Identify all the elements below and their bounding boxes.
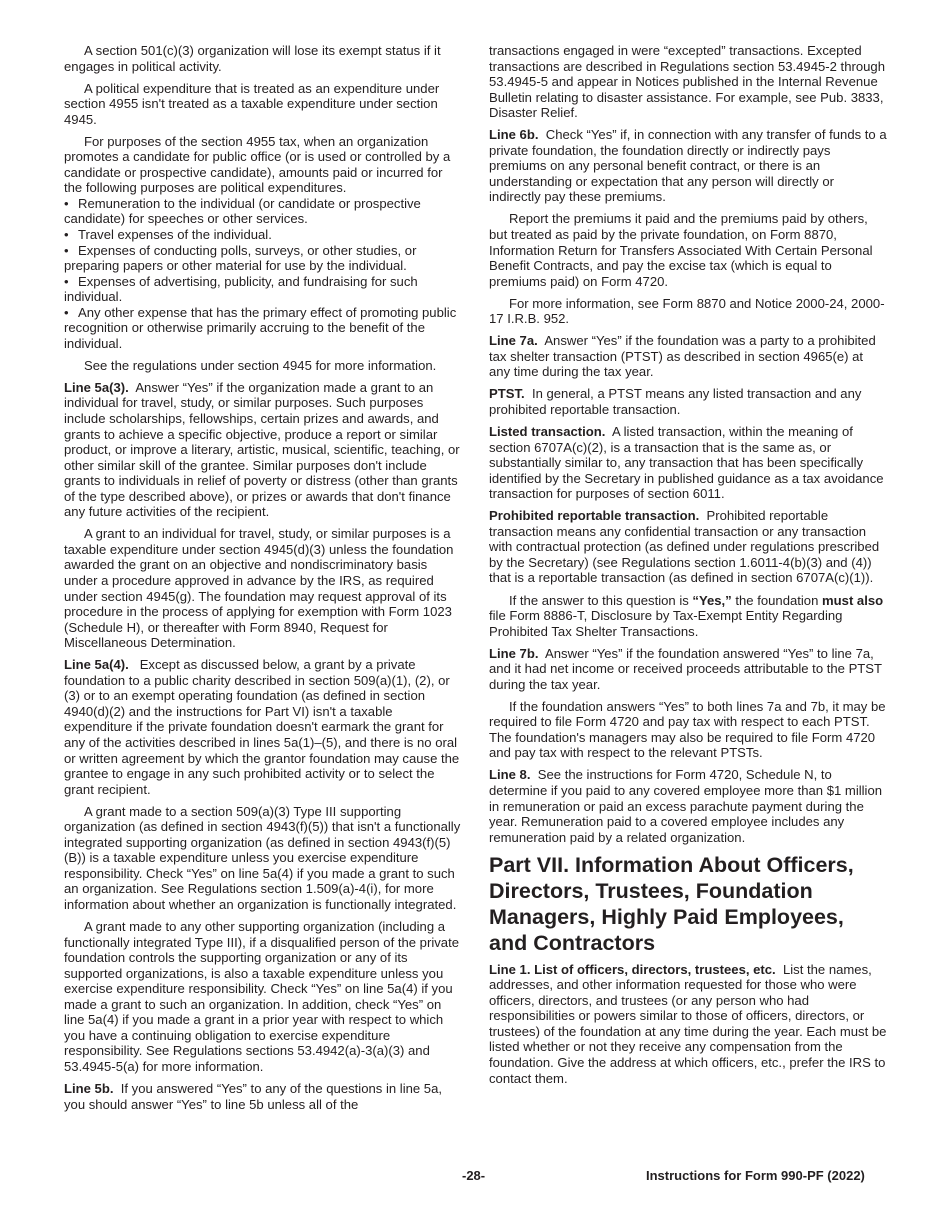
- line-label: Line 5a(4).: [64, 657, 129, 672]
- bullet-list: •Remuneration to the individual (or cand…: [64, 196, 462, 351]
- line-label: Line 5b.: [64, 1081, 113, 1096]
- disclosure-paragraph: If the answer to this question is “Yes,”…: [489, 593, 887, 640]
- section-heading-part-vii: Part VII. Information About Officers, Di…: [489, 852, 887, 956]
- bullet-icon: •: [64, 243, 78, 259]
- paragraph: For purposes of the section 4955 tax, wh…: [64, 134, 462, 196]
- emphasis-must-also: must also: [822, 593, 883, 608]
- term-label: Listed transaction.: [489, 424, 605, 439]
- line-label: Line 5a(3).: [64, 380, 129, 395]
- term-label: Prohibited reportable transaction.: [489, 508, 699, 523]
- paragraph: See the regulations under section 4945 f…: [64, 358, 462, 374]
- line-7b-paragraph: Line 7b. Answer “Yes” if the foundation …: [489, 646, 887, 693]
- paragraph: transactions engaged in were “excepted” …: [489, 43, 887, 121]
- line-8-paragraph: Line 8. See the instructions for Form 47…: [489, 767, 887, 845]
- paragraph: A political expenditure that is treated …: [64, 81, 462, 128]
- emphasis-yes: “Yes,”: [692, 593, 731, 608]
- left-column: A section 501(c)(3) organization will lo…: [64, 43, 462, 1119]
- line-label: Line 6b.: [489, 127, 538, 142]
- line-label: Line 7a.: [489, 333, 538, 348]
- line-5a3-paragraph: Line 5a(3). Answer “Yes” if the organiza…: [64, 380, 462, 520]
- line-1-paragraph: Line 1. List of officers, directors, tru…: [489, 962, 887, 1086]
- bullet-item: •Remuneration to the individual (or cand…: [64, 196, 462, 227]
- paragraph: A grant made to any other supporting org…: [64, 919, 462, 1074]
- ptst-paragraph: PTST. In general, a PTST means any liste…: [489, 386, 887, 417]
- line-5a4-paragraph: Line 5a(4). Except as discussed below, a…: [64, 657, 462, 797]
- line-6b-paragraph: Line 6b. Check “Yes” if, in connection w…: [489, 127, 887, 205]
- line-5b-paragraph: Line 5b. If you answered “Yes” to any of…: [64, 1081, 462, 1112]
- paragraph: For more information, see Form 8870 and …: [489, 296, 887, 327]
- right-column: transactions engaged in were “excepted” …: [489, 43, 887, 1093]
- bullet-icon: •: [64, 305, 78, 321]
- line-label: Line 8.: [489, 767, 530, 782]
- bullet-icon: •: [64, 274, 78, 290]
- term-label: PTST.: [489, 386, 525, 401]
- bullet-icon: •: [64, 196, 78, 212]
- line-7a-paragraph: Line 7a. Answer “Yes” if the foundation …: [489, 333, 887, 380]
- bullet-item: •Any other expense that has the primary …: [64, 305, 462, 352]
- paragraph: A grant made to a section 509(a)(3) Type…: [64, 804, 462, 913]
- bullet-item: •Expenses of advertising, publicity, and…: [64, 274, 462, 305]
- bullet-item: •Expenses of conducting polls, surveys, …: [64, 243, 462, 274]
- paragraph: If the foundation answers “Yes” to both …: [489, 699, 887, 761]
- paragraph: Report the premiums it paid and the prem…: [489, 211, 887, 289]
- prohibited-transaction-paragraph: Prohibited reportable transaction. Prohi…: [489, 508, 887, 586]
- paragraph: A section 501(c)(3) organization will lo…: [64, 43, 462, 74]
- line-label: Line 7b.: [489, 646, 538, 661]
- bullet-item: •Travel expenses of the individual.: [64, 227, 462, 243]
- document-title: Instructions for Form 990-PF (2022): [646, 1168, 865, 1183]
- page-number: -28-: [462, 1168, 485, 1183]
- line-label: Line 1. List of officers, directors, tru…: [489, 962, 776, 977]
- bullet-icon: •: [64, 227, 78, 243]
- paragraph: A grant to an individual for travel, stu…: [64, 526, 462, 650]
- listed-transaction-paragraph: Listed transaction. A listed transaction…: [489, 424, 887, 502]
